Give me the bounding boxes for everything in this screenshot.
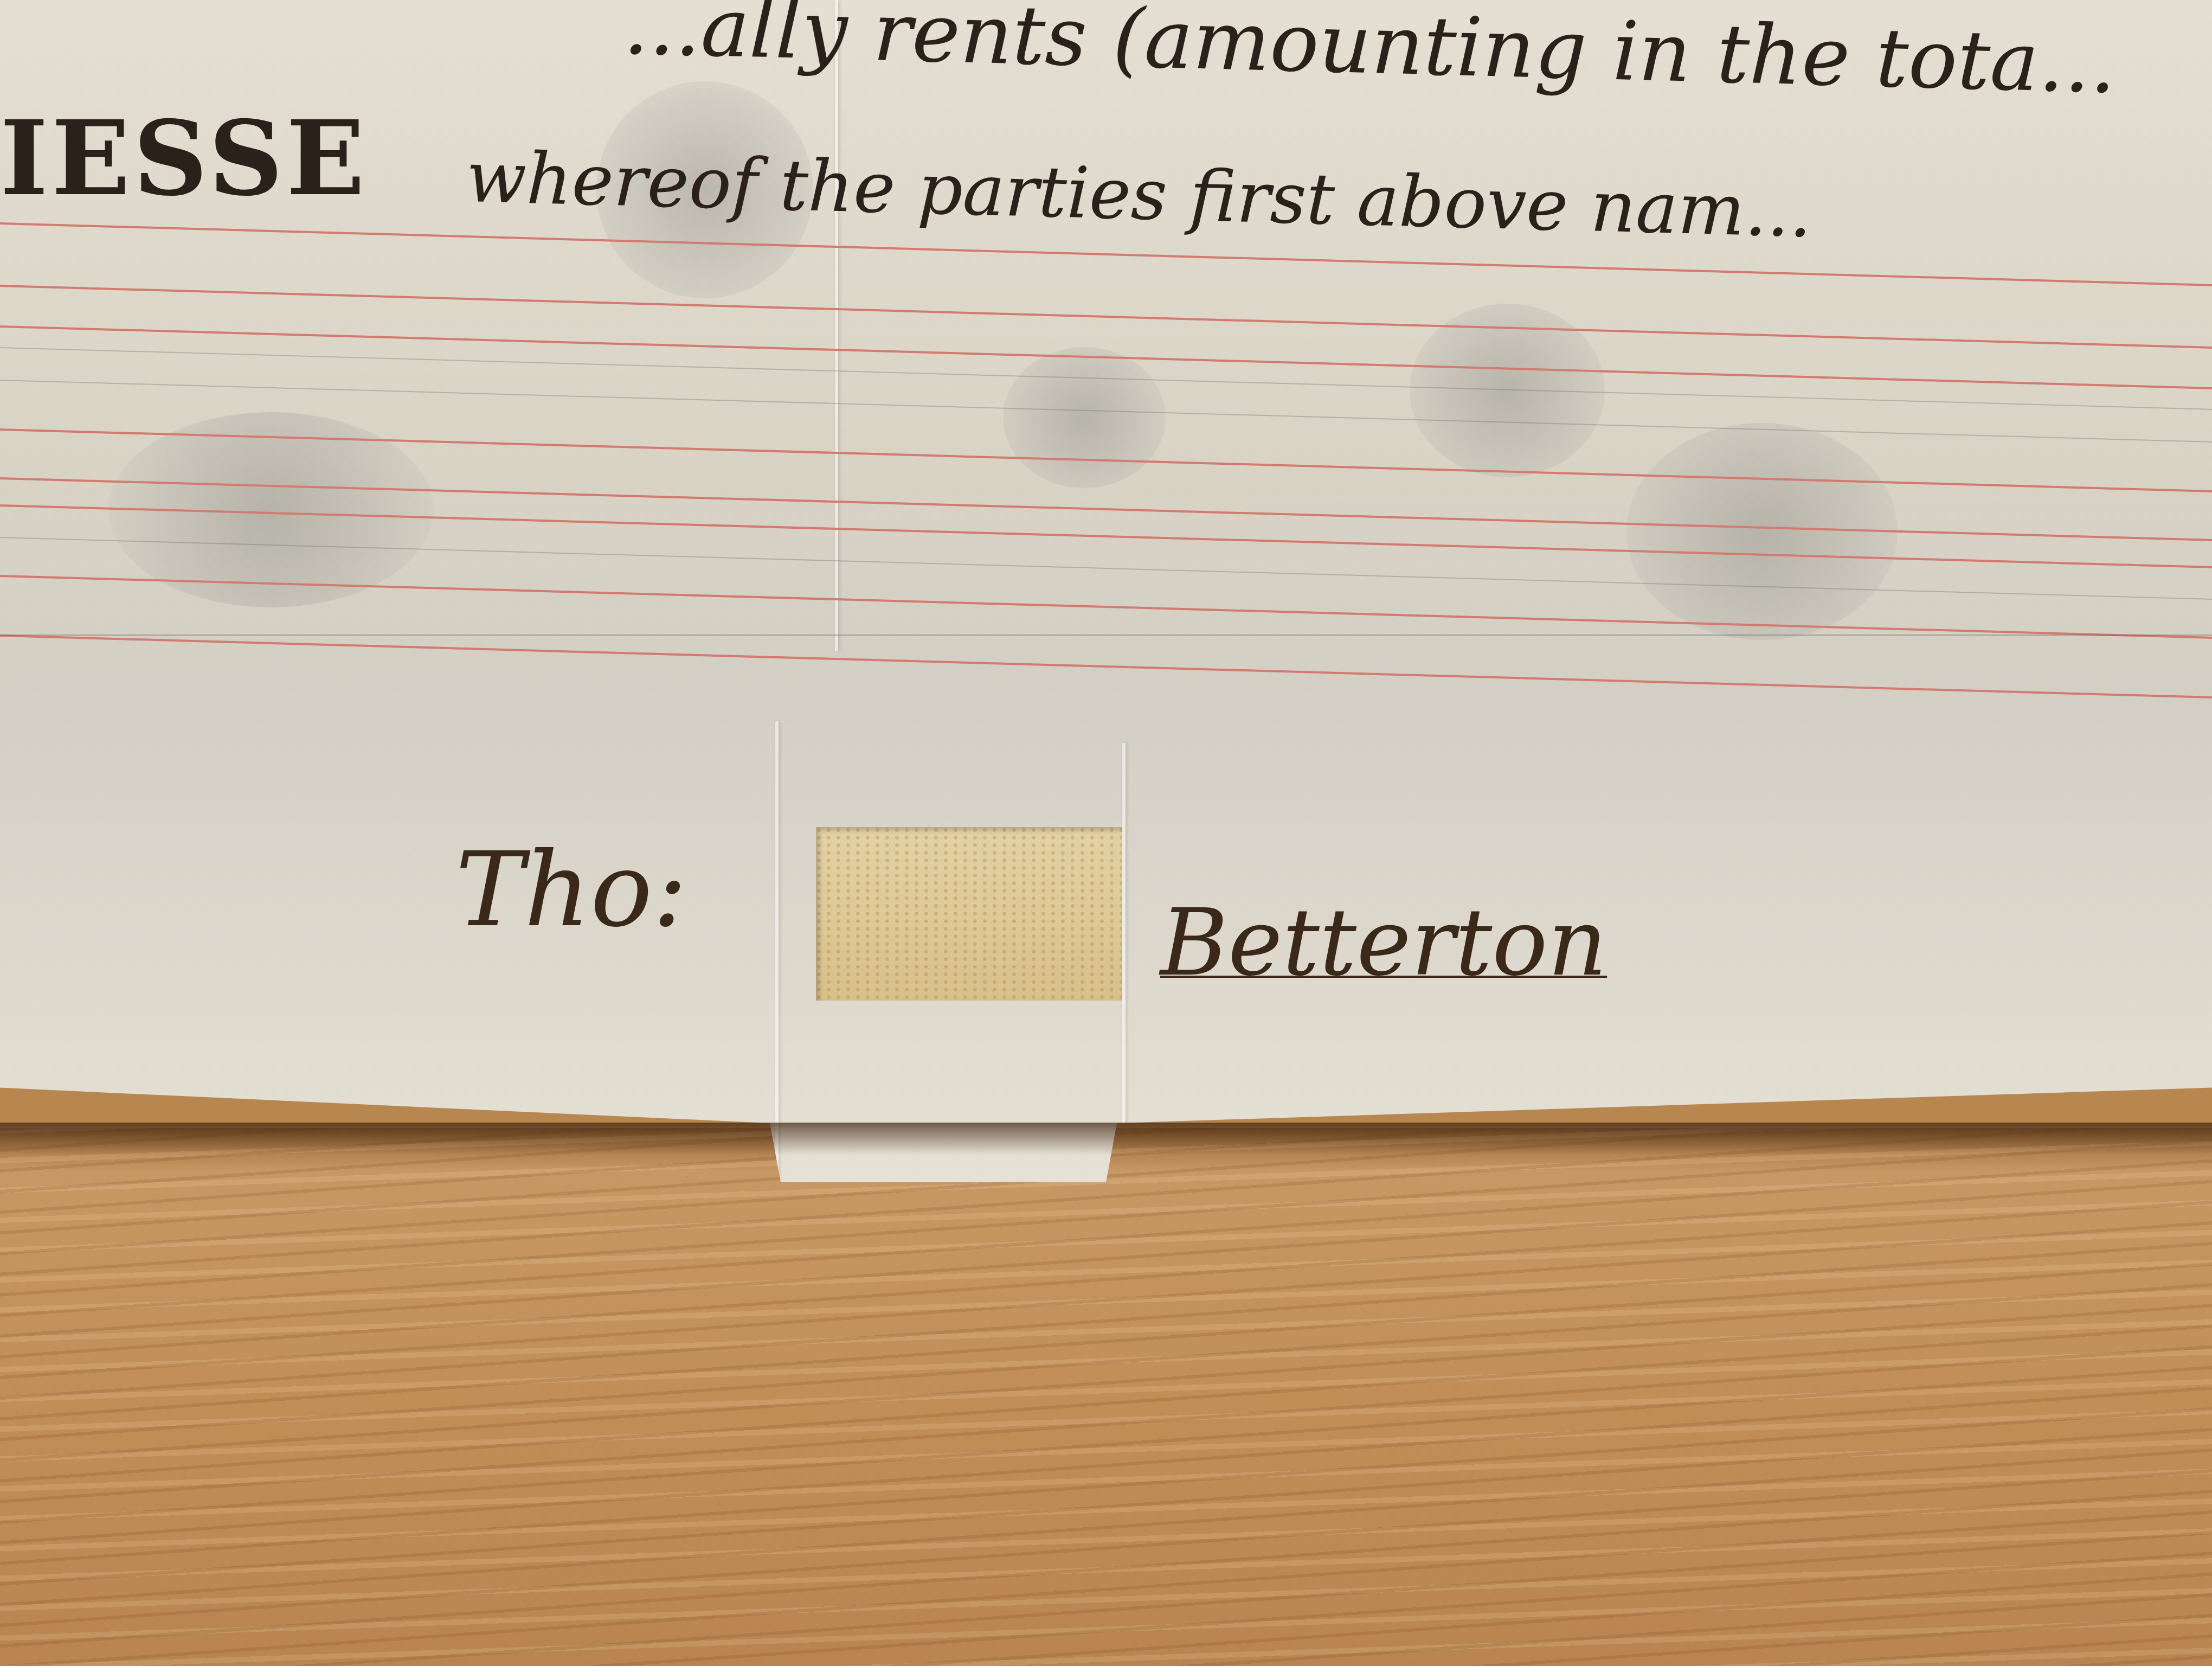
seal-tag-window — [816, 827, 1122, 1001]
parchment-document: ...ally rents (amounting in the tota... … — [0, 0, 2212, 1182]
tag-slit-left — [775, 721, 779, 1182]
document-text-line-1: ...ally rents (amounting in the tota... — [622, 0, 2118, 112]
turn-in-fold-edge — [0, 635, 2212, 636]
water-stain — [1003, 347, 1166, 488]
signature-surname: Betterton — [1160, 889, 1607, 997]
document-heading-word: IESSE — [0, 98, 368, 219]
red-ruled-line — [0, 285, 2212, 349]
tag-slit-right — [1122, 743, 1126, 1182]
red-ruled-line — [0, 635, 2212, 699]
wooden-table-surface — [0, 1128, 2212, 1666]
table-edge-shadow — [0, 1123, 2212, 1155]
water-stain — [1626, 423, 1898, 640]
signature-first-name: Tho: — [455, 830, 687, 950]
fold-crease — [835, 0, 838, 651]
